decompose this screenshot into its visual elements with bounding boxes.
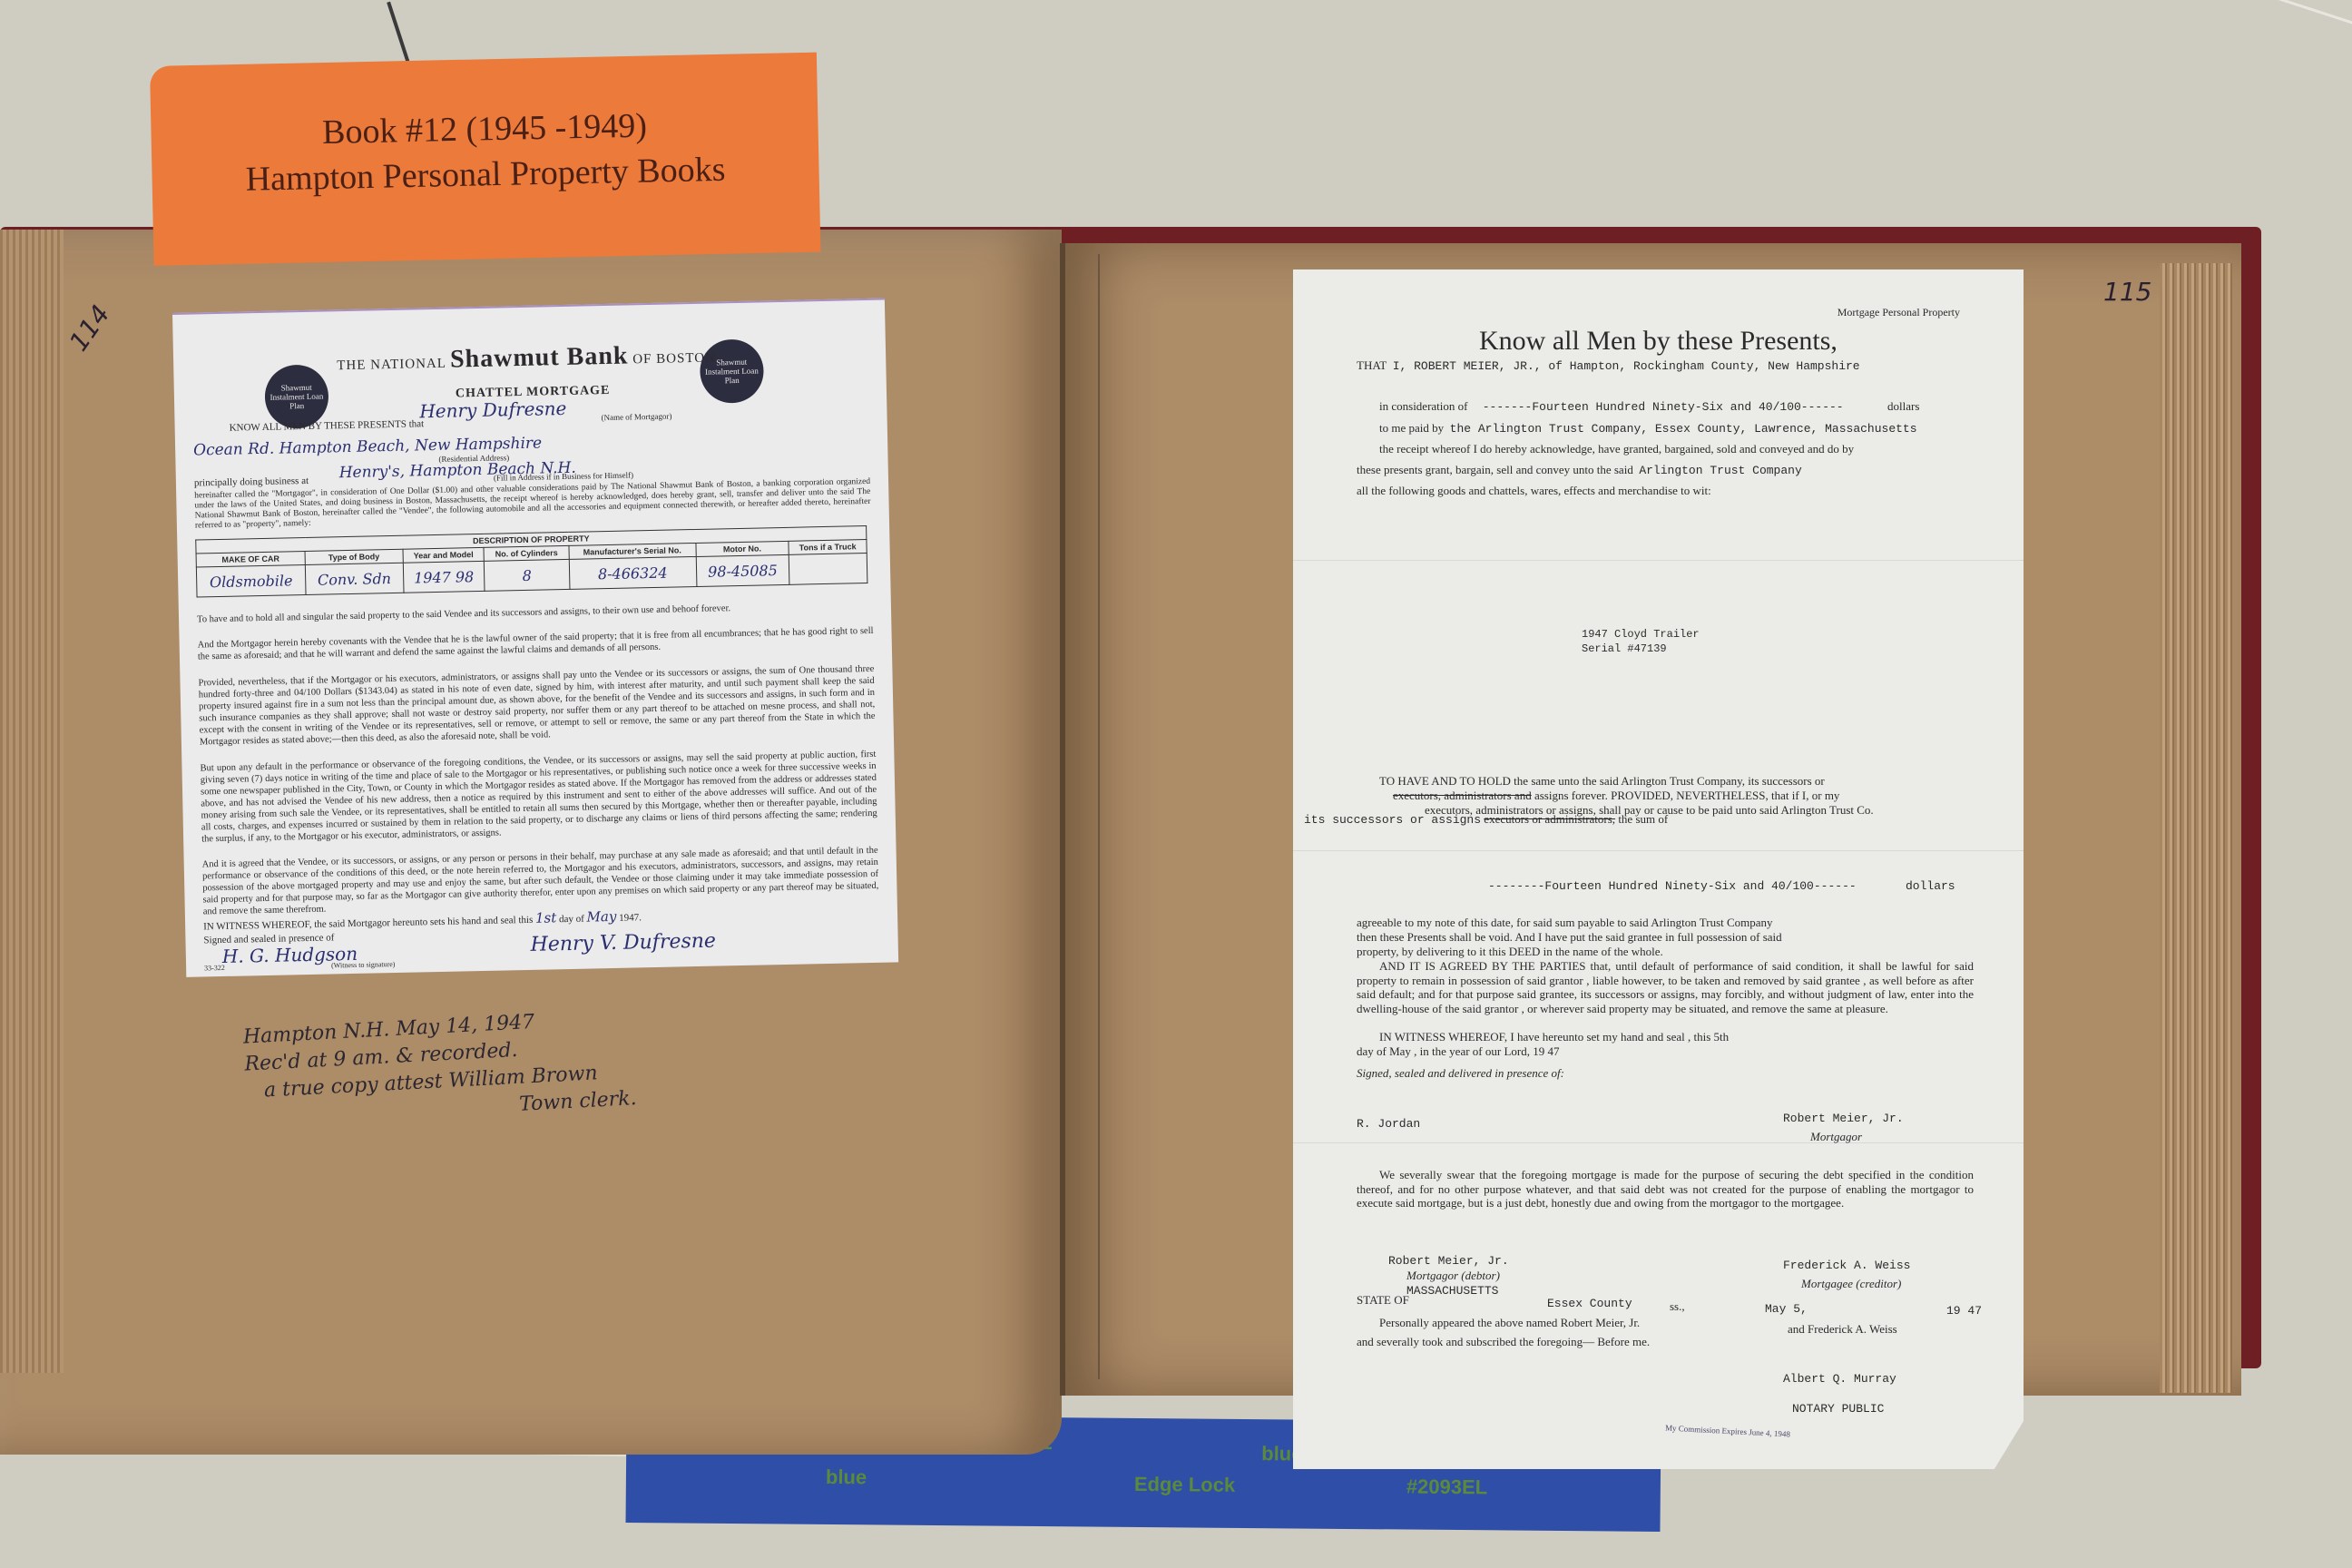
note-line: agreeable to my note of this date, for s… (1357, 916, 1773, 930)
mortgagor-signature: Robert Meier, Jr. (1783, 1112, 1904, 1125)
grantor-name: I, ROBERT MEIER, JR., of Hampton, Rockin… (1393, 359, 1860, 373)
business-label: principally doing business at (194, 475, 309, 489)
appeared-and: and Frederick A. Weiss (1788, 1322, 1897, 1337)
paid-by-line: to me paid by the Arlington Trust Compan… (1379, 421, 1917, 436)
creditor-signature: Frederick A. Weiss (1783, 1259, 1910, 1272)
property-serial: Serial #47139 (1582, 642, 1667, 655)
bank-seal-icon: Shawmut Instalment Loan Plan (264, 364, 328, 428)
book-label-title: Book #12 (1945 -1949) (151, 103, 818, 156)
tape-print: #2093EL (1406, 1475, 1488, 1500)
form-number: 33-322 (204, 964, 225, 972)
witness-name: R. Jordan (1357, 1117, 1420, 1131)
day-line: day of May , in the year of our Lord, 19… (1357, 1044, 1559, 1059)
witness-line: IN WITNESS WHEREOF, I have hereunto set … (1379, 1030, 1729, 1044)
mortgage-personal-property: Mortgage Personal Property Know all Men … (1293, 269, 2024, 1469)
shawmut-chattel-mortgage: Shawmut Instalment Loan Plan Shawmut Ins… (172, 299, 898, 977)
have-hold-line: TO HAVE AND TO HOLD the same unto the sa… (1379, 774, 1825, 789)
paper-fold (1293, 1142, 2024, 1143)
property-table-cell: 98-45085 (696, 554, 789, 586)
county: Essex County (1547, 1297, 1632, 1310)
commission-expiry: My Commission Expires June 4, 1948 (1665, 1423, 1790, 1438)
deed-line: property, by delivering to it this DEED … (1357, 945, 1663, 959)
debtor-signature: Robert Meier, Jr. (1388, 1254, 1509, 1268)
mortgagor-signature: Henry V. Dufresne (530, 930, 716, 956)
paper-fold (1293, 850, 2024, 851)
notary-signature: Albert Q. Murray (1783, 1372, 1896, 1386)
oath-date: May 5, (1765, 1302, 1808, 1316)
convey-line: these presents grant, bargain, sell and … (1357, 463, 1802, 477)
sum-line: its successors or assigns executors or a… (1304, 812, 1668, 827)
business-address-caption: (Fill in Address if in Business for Hims… (494, 470, 633, 482)
mortgagor-name: Henry Dufresne (419, 397, 567, 422)
ss-label: ss., (1670, 1299, 1685, 1314)
know-all-men: KNOW ALL MEN BY THESE PRESENTS that (230, 418, 425, 433)
oath-year: 19 47 (1946, 1304, 1982, 1318)
grantor-line: THAT I, ROBERT MEIER, JR., of Hampton, R… (1357, 358, 1860, 373)
witness-month: May (586, 908, 616, 926)
witness-day: 1st (535, 909, 557, 926)
creditor-caption: Mortgagee (creditor) (1801, 1277, 1901, 1291)
table-crack (2217, 0, 2352, 25)
dollars-label-2: dollars (1906, 879, 1955, 893)
para-default: But upon any default in the performance … (200, 749, 877, 846)
state-value: MASSACHUSETTS (1406, 1284, 1498, 1298)
property-table-cell: 1947 98 (403, 561, 485, 593)
property-table-cell (789, 554, 867, 585)
tape-print: Edge Lock (1134, 1473, 1235, 1497)
sum-amount: --------Fourteen Hundred Ninety-Six and … (1488, 879, 1857, 893)
property-table: DESCRIPTION OF PROPERTY MAKE OF CARType … (195, 525, 867, 597)
oath-paragraph: We severally swear that the foregoing mo… (1357, 1168, 1974, 1210)
page-fold (1098, 254, 1100, 1379)
tape-print: blue (826, 1465, 867, 1489)
document-title: Know all Men by these Presents, (1479, 326, 1837, 357)
consideration-line: in consideration of -------Fourteen Hund… (1379, 399, 1844, 414)
bank-name-heading: THE NATIONAL Shawmut Bank OF BOSTON (337, 339, 716, 377)
property-table-cell: 8 (485, 559, 570, 591)
para-covenants: And the Mortgagor herein hereby covenant… (198, 625, 874, 663)
mortgagor-name-caption: (Name of Mortgagor) (601, 411, 671, 422)
receipt-line: the receipt whereof I do hereby acknowle… (1379, 442, 1854, 456)
agreed-paragraph: AND IT IS AGREED BY THE PARTIES that, un… (1357, 959, 1974, 1015)
state-label: STATE OF (1357, 1293, 1409, 1308)
grantee-name: the Arlington Trust Company, Essex Count… (1450, 422, 1917, 436)
goods-line: all the following goods and chattels, wa… (1357, 484, 1711, 498)
para-agreed: And it is agreed that the Vendee, or its… (202, 845, 879, 918)
property-table-cell: 8-466324 (569, 556, 697, 589)
left-page-edges (0, 230, 64, 1373)
appeared-line: Personally appeared the above named Robe… (1379, 1316, 1640, 1330)
paper-fold (1293, 560, 2024, 561)
book-label: Book #12 (1945 -1949) Hampton Personal P… (150, 53, 820, 266)
right-page-edges (2160, 263, 2232, 1393)
dollars-label: dollars (1887, 399, 1919, 414)
form-label: Mortgage Personal Property (1837, 306, 1960, 319)
property-table-cell: Oldsmobile (196, 564, 306, 597)
signed-sealed-label: Signed, sealed and delivered in presence… (1357, 1066, 1564, 1081)
book-gutter (1060, 243, 1065, 1396)
para-provided: Provided, nevertheless, that if the Mort… (198, 663, 875, 749)
para-have-hold: To have and to hold all and singular the… (197, 600, 873, 626)
subscribed-line: and severally took and subscribed the fo… (1357, 1335, 1650, 1349)
have-hold-line-2: executors, administrators and assigns fo… (1393, 789, 1839, 803)
right-page-number: 115 (2103, 277, 2151, 307)
witness-caption: (Witness to signature) (331, 960, 396, 969)
debtor-caption: Mortgagor (debtor) (1406, 1269, 1500, 1283)
property-description: 1947 Cloyd Trailer (1582, 628, 1700, 641)
notary-title: NOTARY PUBLIC (1792, 1402, 1884, 1416)
witness-year: 1947. (619, 912, 642, 924)
void-line: then these Presents shall be void. And I… (1357, 930, 1782, 945)
book-label-subtitle: Hampton Personal Property Books (152, 148, 819, 201)
consideration-amount: -------Fourteen Hundred Ninety-Six and 4… (1483, 400, 1844, 414)
property-table-cell: Conv. Sdn (305, 563, 403, 594)
